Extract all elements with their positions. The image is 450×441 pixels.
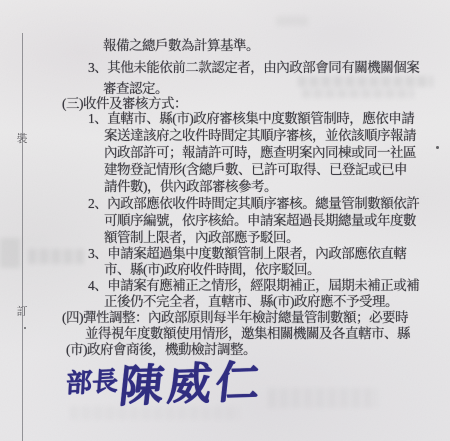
scanned-document-page: 裝 訂 報備之總戶數為計算基準。 3、其他未能依前二款認定者，由內政部會同有關機…	[0, 0, 450, 441]
stray-ink-dot	[24, 327, 26, 329]
bleed-through-mark	[302, 89, 414, 98]
document-line: 3、其他未能依前二款認定者，由內政部會同有關機關個案	[88, 56, 419, 76]
bleed-through-mark	[0, 238, 20, 268]
stray-ink-dot	[436, 146, 439, 149]
document-line: 報備之總戶數為計算基準。	[103, 34, 259, 54]
minister-name-signature: 陳威仁	[117, 345, 268, 414]
binding-line	[22, 33, 23, 441]
minister-title-handwriting: 部長	[65, 361, 119, 401]
bleed-through-mark	[268, 388, 378, 408]
binding-label-ding: 訂	[14, 303, 30, 319]
binding-label-zhuang: 裝	[14, 130, 30, 146]
bleed-through-mark	[298, 76, 433, 87]
bleed-through-mark	[28, 249, 84, 264]
bleed-through-mark	[276, 16, 308, 26]
